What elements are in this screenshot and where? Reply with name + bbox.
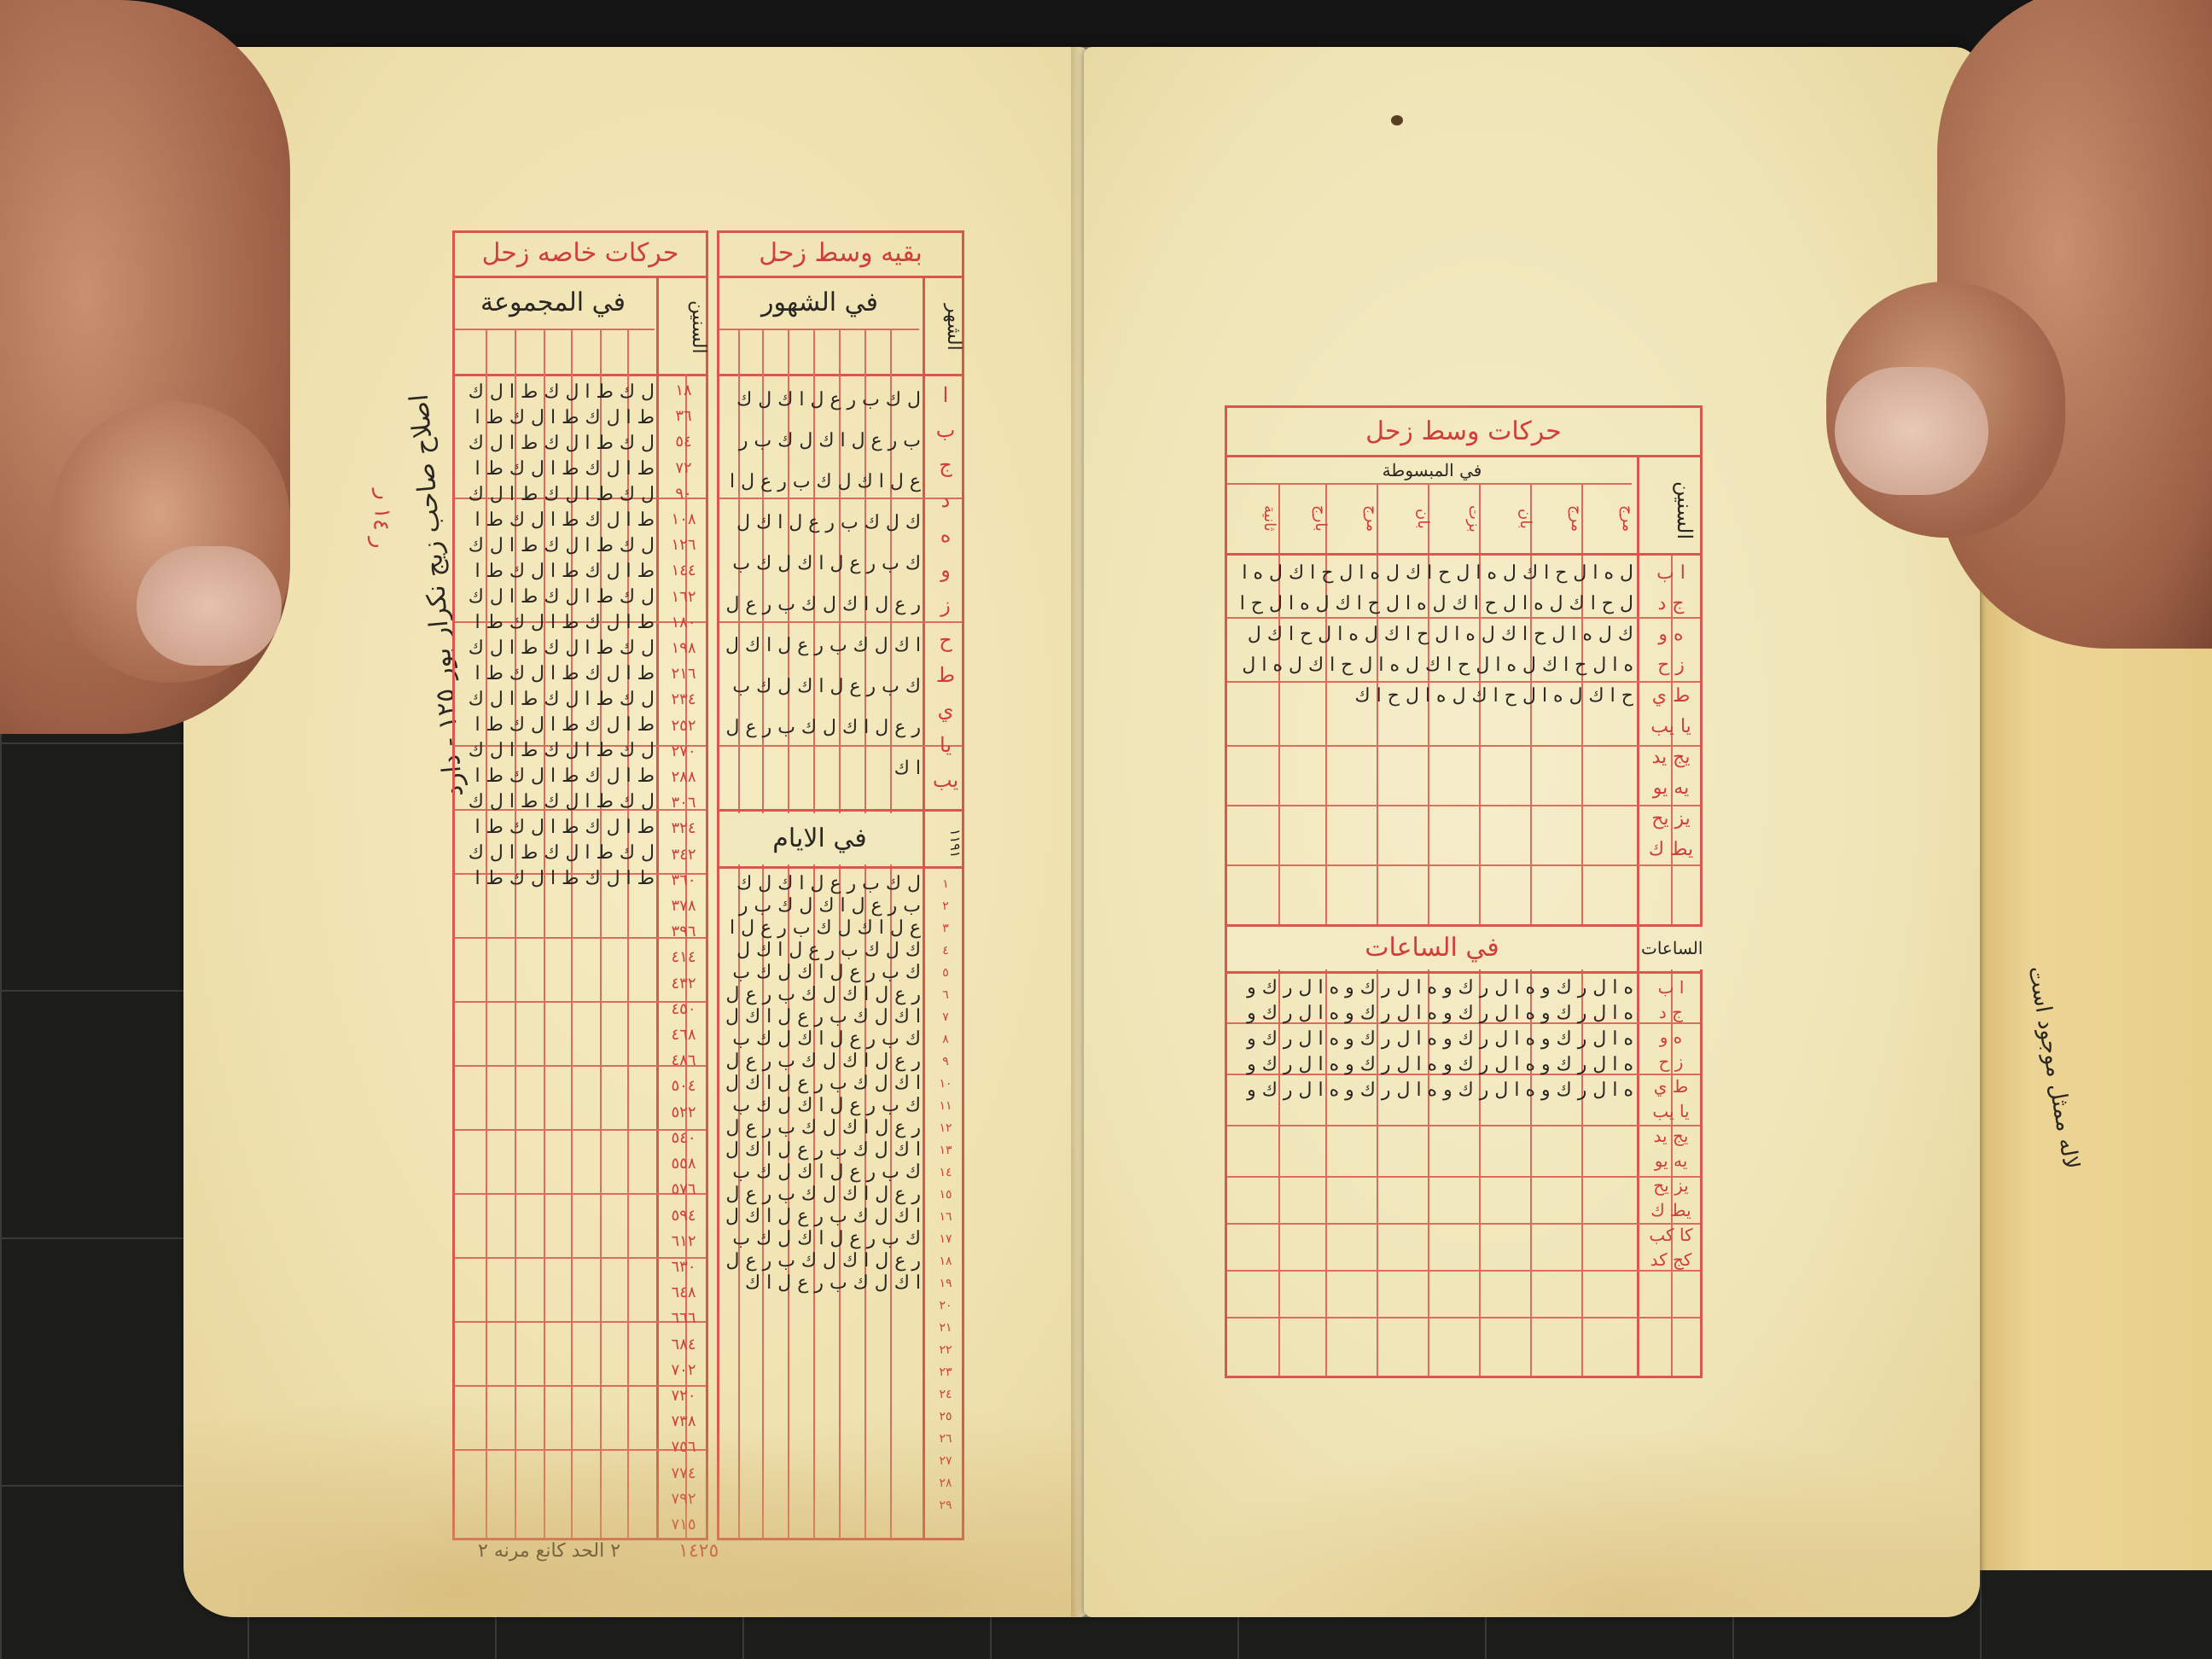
hour-motion-values: ه ا ل ر ك و ه ا ل ر ك و ه ا ل ر ك و ه ا … bbox=[1232, 975, 1633, 1377]
left-footer-note: ٢ الحد كانع مرنه ٢ bbox=[478, 1540, 620, 1562]
table-title: حركات وسط زحل bbox=[1227, 408, 1700, 455]
column-header: بارج bbox=[1278, 486, 1330, 550]
table-title: حركات خاصه زحل bbox=[455, 233, 706, 276]
table-title: بقيه وسط زحل bbox=[719, 233, 962, 276]
table-subtitle-days: في الايام bbox=[719, 813, 920, 864]
right-thumbnail bbox=[1835, 367, 1988, 495]
table-special-motions-saturn: حركات خاصه زحل في المجموعة السنين ل ك ط … bbox=[452, 230, 708, 1540]
hour-labels-column: ا بج ده وز حط ييا يبيج يديه يويز يحيط كك… bbox=[1641, 975, 1701, 1377]
left-footer-number: ١٤٢٥ bbox=[678, 1540, 719, 1562]
left-page: ر ١٤ ر اصلاح صاحب زيج نكرار بور ١٢٥ - دا… bbox=[183, 47, 1088, 1617]
column-headers-row: مرج مرج بان بزت بان مرج بارج ثانية bbox=[1227, 486, 1637, 550]
left-thumbnail bbox=[137, 546, 282, 666]
table-subtitle-months: في الشهور bbox=[719, 277, 920, 329]
column-header: بان bbox=[1381, 486, 1432, 550]
back-leaf: لاله ممثل موجود است bbox=[1971, 521, 2212, 1570]
day-column-label: ١١٩١ bbox=[928, 822, 963, 864]
day-motion-values: ل ك ب ر ع ل ا ك ل ك ب ر ع ل ا ك ل ك ب ر … bbox=[723, 873, 921, 1539]
table-subtitle: في المجموعة bbox=[455, 277, 651, 329]
column-header: مرج bbox=[1586, 486, 1637, 550]
special-motion-values: ل ك ط ا ل ك ط ا ل ك ط ا ل ك ط ا ل ك ط ا … bbox=[460, 380, 655, 1532]
year-values-column: ١٨٣٦٥٤٧٢٩٠١٠٨١٢٦١٤٤١٦٢١٨٠١٩٨٢١٦٢٣٤٢٥٢٢٧٠… bbox=[661, 378, 706, 1539]
table-subtitle-hours: في الساعات bbox=[1227, 927, 1637, 969]
year-labels-column: ا بج ده وز حط ييا يبيج يديه يويز يحيط ك bbox=[1641, 558, 1701, 921]
column-header: مرج bbox=[1330, 486, 1381, 550]
ink-spot bbox=[1391, 115, 1403, 125]
right-page: حركات وسط زحل في المبسوطة السنين مرج مرج… bbox=[1084, 47, 1980, 1617]
table-subtitle-expanded: في المبسوطة bbox=[1227, 457, 1637, 483]
column-header: مرج bbox=[1534, 486, 1586, 550]
column-header: ثانية bbox=[1227, 486, 1278, 550]
year-column-header: السنين bbox=[658, 284, 709, 370]
year-motion-values: ل ه ا ل ح ا ك ل ه ا ل ح ا ك ل ه ا ل ح ا … bbox=[1232, 558, 1633, 921]
table-saturn-mean-motion: حركات وسط زحل في المبسوطة السنين مرج مرج… bbox=[1225, 405, 1703, 1378]
table-saturn-mean-motion-remainder: بقيه وسط زحل في الشهور الشهر في الايام ل… bbox=[717, 230, 964, 1540]
column-header: بزت bbox=[1432, 486, 1483, 550]
column-header: بان bbox=[1483, 486, 1534, 550]
background-dark-strip bbox=[0, 0, 2212, 51]
back-leaf-margin-note: لاله ممثل موجود است bbox=[2023, 964, 2083, 1172]
hours-row-header: الساعات bbox=[1641, 927, 1703, 969]
left-margin-note-red: ر ١٤ ر bbox=[366, 488, 397, 550]
day-values-column: ١٢٣٤٥٦٧٨٩١٠١١١٢١٣١٤١٥١٦١٧١٨١٩٢٠٢١٢٢٢٣٢٤٢… bbox=[928, 873, 963, 1539]
year-row-header: السنين bbox=[1645, 468, 1697, 553]
month-values-column: ابجدهوزحطييايب bbox=[928, 378, 963, 805]
month-column-header: الشهر bbox=[926, 284, 964, 370]
month-motion-values: ل ك ب ر ع ل ا ك ل ك ب ر ع ل ا ك ل ك ب ر … bbox=[723, 380, 921, 806]
